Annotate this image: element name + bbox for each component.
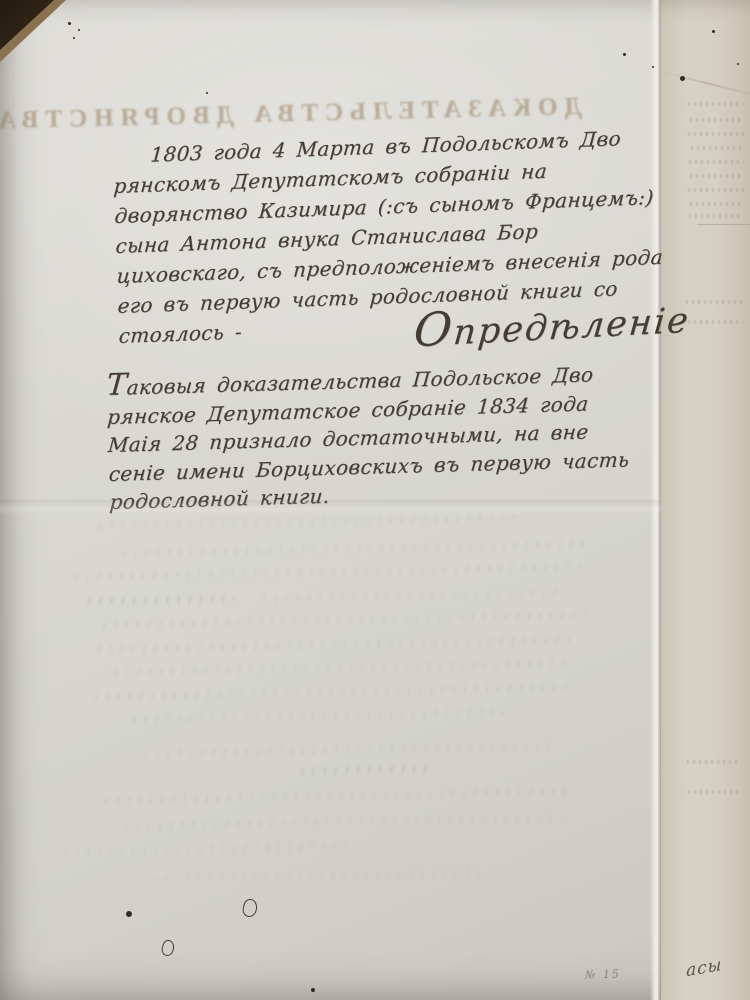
adjacent-page-showthrough [687,760,737,764]
adjacent-page-showthrough [688,102,743,106]
adjacent-page-showthrough [691,146,741,150]
adjacent-page-showthrough [690,202,740,206]
folio-number-pencil: № 15 [585,967,621,981]
adjacent-page-showthrough [689,214,743,218]
ink-speck [737,63,739,65]
paragraph-2: Таковыя доказательства Подольское Дворян… [106,357,631,516]
adjacent-page-edge [661,0,750,1000]
adjacent-page-showthrough [688,132,744,136]
adjacent-page-showthrough [689,160,744,164]
adjacent-page-showthrough [690,174,742,178]
adjacent-page-rule-line [697,224,750,225]
adjacent-page-showthrough [688,320,743,324]
adjacent-page-showthrough [690,118,742,122]
ink-speck [126,911,132,917]
ink-speck [712,30,715,33]
ink-speck [206,92,208,94]
ink-speck [73,37,75,39]
photographed-manuscript: ДОКАЗАТЕЛЬСТВА ДВОРЯНСТВА 1803 года 4 Ма… [0,0,750,1000]
adjacent-page-showthrough [688,790,740,794]
adjacent-page-showthrough [688,188,744,192]
ink-speck [311,988,315,992]
adjacent-page-showthrough [686,300,744,304]
ink-speck [652,66,654,68]
fold-shadow [0,500,661,514]
ink-speck [78,29,80,31]
ink-speck [68,22,71,25]
ink-speck [623,53,626,56]
ink-speck [680,76,685,81]
